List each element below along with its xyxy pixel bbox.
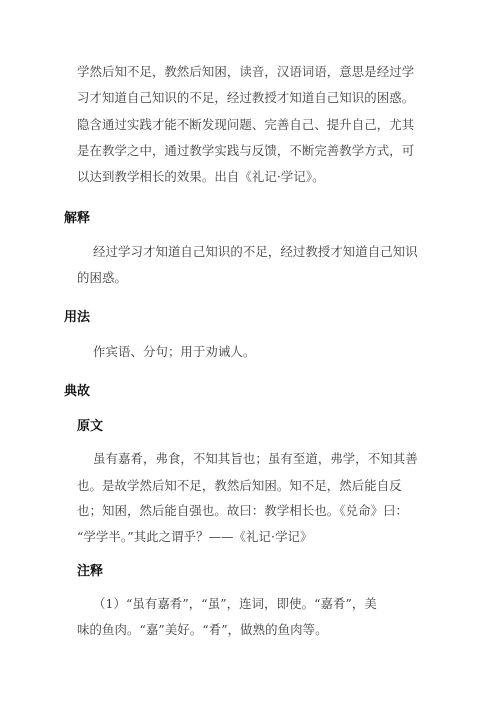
intro-line: 学然后知不足，教然后知困，读音，汉语词语，意思是经过学 [77,64,414,80]
original-text-heading: 原文 [77,419,103,435]
original-text-line: 虽有嘉肴，弗食，不知其旨也；虽有至道，弗学，不知其善 [93,451,418,467]
notes-line: 味的鱼肉。“嘉”美好。“肴”，做熟的鱼肉等。 [77,622,328,638]
usage-line: 作宾语、分句；用于劝诫人。 [93,344,255,360]
notes-heading: 注释 [77,564,103,580]
allusion-heading: 典故 [64,384,90,400]
original-text-line: 也；知困，然后能自强也。故曰：教学相长也。《兑命》曰： [77,503,408,519]
intro-line: 隐含通过实践才能不断发现问题、完善自己、提升自己，尤其 [77,117,414,133]
original-text-line: 也。是故学然后知不足，教然后知困。知不足，然后能自反 [77,478,402,494]
intro-line: 是在教学之中，通过教学实践与反馈，不断完善教学方式，可 [77,143,414,159]
intro-line: 习才知道自己知识的不足，经过教授才知道自己知识的困惑。 [77,90,414,106]
intro-line: 以达到教学相长的效果。出自《礼记·学记》。 [77,169,325,185]
notes-line: （1）“虽有嘉肴”，“虽”，连词，即使。“嘉肴”，美 [93,596,377,612]
usage-heading: 用法 [64,310,90,326]
explanation-line: 的困惑。 [77,270,127,286]
explanation-line: 经过学习才知道自己知识的不足，经过教授才知道自己知识 [93,244,418,260]
original-text-line: “学学半。”其此之谓乎？——《礼记·学记》 [77,529,313,545]
explanation-heading: 解释 [64,211,90,227]
